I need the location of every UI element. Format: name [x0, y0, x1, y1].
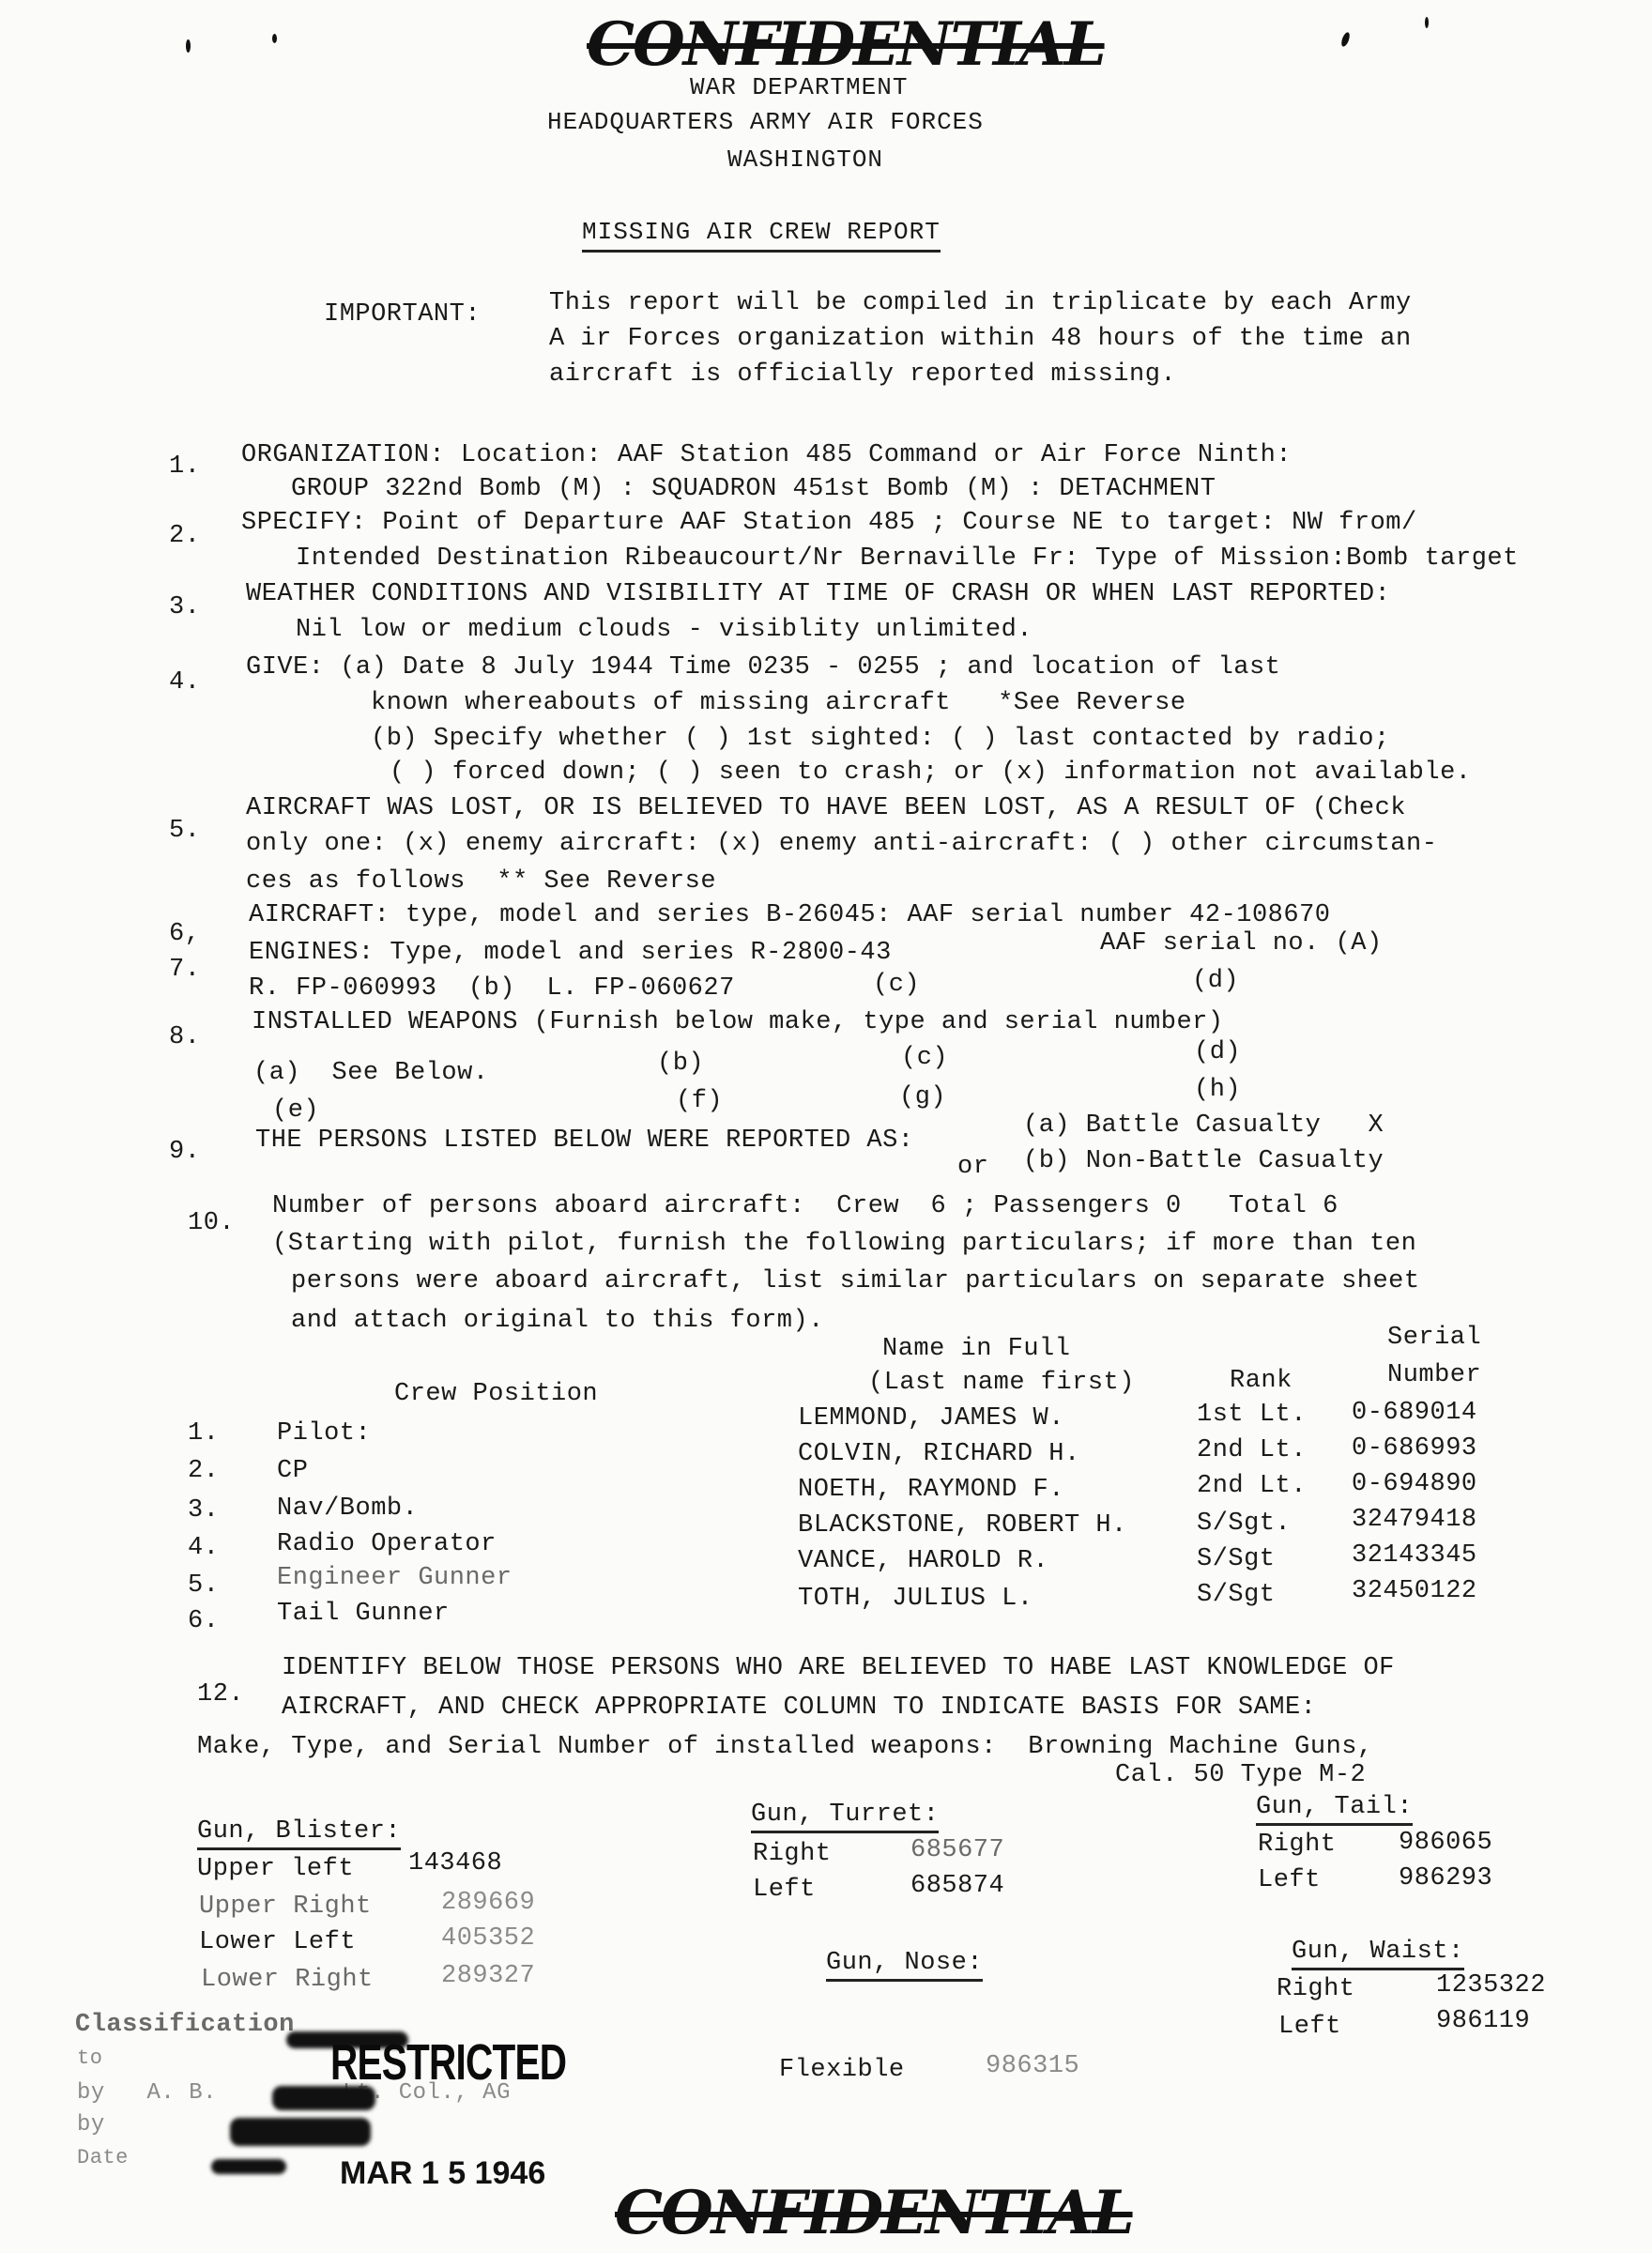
crew-rank: S/Sgt — [1197, 1581, 1276, 1609]
col-header-serial: Serial — [1387, 1324, 1481, 1352]
destination-line: Intended Destination Ribeaucourt/Nr Bern… — [296, 544, 1519, 573]
weapon-d: (d) — [1194, 1038, 1241, 1066]
gun-serial: 405352 — [441, 1924, 535, 1953]
engine-c: (c) — [873, 971, 920, 999]
crew-num: 6. — [188, 1607, 219, 1635]
gun-label: Left — [1258, 1866, 1321, 1894]
confidential-stamp-top: CONFIDENTIAL — [587, 9, 1105, 80]
crew-serial: 32143345 — [1352, 1541, 1477, 1570]
see-reverse-note: ces as follows ** See Reverse — [246, 867, 716, 896]
identify-line-2: AIRCRAFT, AND CHECK APPROPRIATE COLUMN T… — [282, 1694, 1316, 1722]
crew-serial: 32450122 — [1352, 1577, 1477, 1605]
weapon-f: (f) — [676, 1087, 723, 1115]
scan-speck — [1425, 17, 1429, 28]
gun-label: Right — [1258, 1831, 1337, 1859]
classification-date: Date — [77, 2146, 129, 2169]
aircraft-lost-line: AIRCRAFT WAS LOST, OR IS BELIEVED TO HAV… — [246, 794, 1406, 822]
weapon-b: (b) — [657, 1050, 704, 1078]
persons-aboard: Number of persons aboard aircraft: Crew … — [272, 1192, 1338, 1220]
crew-position: Radio Operator — [277, 1530, 497, 1558]
header-hq-aaf: HEADQUARTERS ARMY AIR FORCES — [547, 108, 984, 136]
crew-position: Pilot: — [277, 1419, 371, 1448]
col-header-name-note: (Last name first) — [868, 1369, 1135, 1397]
scan-speck — [186, 39, 191, 53]
weather-heading: WEATHER CONDITIONS AND VISIBILITY AT TIM… — [246, 580, 1390, 608]
crew-serial: 32479418 — [1352, 1506, 1477, 1534]
departure-line: SPECIFY: Point of Departure AAF Station … — [241, 509, 1417, 537]
weapon-c: (c) — [901, 1044, 948, 1072]
engine-d: (d) — [1192, 967, 1239, 995]
engines-serial-label: AAF serial no. (A) — [1100, 929, 1383, 958]
engine-serials: R. FP-060993 (b) L. FP-060627 — [249, 974, 735, 1003]
gun-serial: 986119 — [1436, 2007, 1530, 2035]
col-header-name: Name in Full — [882, 1335, 1070, 1363]
weapon-e: (e) — [272, 1096, 319, 1125]
section-number: 1. — [169, 452, 200, 481]
confidential-stamp-bottom: CONFIDENTIAL — [615, 2178, 1133, 2248]
important-line: aircraft is officially reported missing. — [549, 360, 1176, 389]
gun-label: Lower Left — [199, 1928, 356, 1956]
crew-name: COLVIN, RICHARD H. — [798, 1440, 1080, 1468]
persons-reported-as: THE PERSONS LISTED BELOW WERE REPORTED A… — [255, 1126, 914, 1155]
instructions-line: and attach original to this form). — [291, 1307, 824, 1335]
crew-name: TOTH, JULIUS L. — [798, 1585, 1033, 1613]
crew-name: NOETH, RAYMOND F. — [798, 1476, 1064, 1504]
scan-speck — [1339, 31, 1351, 47]
gun-label: Right — [1277, 1975, 1355, 2003]
crew-rank: S/Sgt — [1197, 1545, 1276, 1573]
gun-serial: 1235322 — [1436, 1971, 1546, 2000]
identify-line: IDENTIFY BELOW THOSE PERSONS WHO ARE BEL… — [282, 1654, 1395, 1682]
crew-rank: 1st Lt. — [1197, 1401, 1307, 1429]
crew-name: LEMMOND, JAMES W. — [798, 1404, 1064, 1433]
gun-label: Left — [1278, 2013, 1341, 2041]
gun-label: Upper left — [197, 1855, 354, 1883]
section-number: 8. — [169, 1023, 200, 1051]
crew-num: 5. — [188, 1571, 219, 1600]
gun-serial: 685677 — [910, 1836, 1004, 1864]
instructions-line: (Starting with pilot, furnish the follow… — [272, 1230, 1416, 1258]
battle-casualty: (a) Battle Casualty X — [1023, 1111, 1384, 1140]
classification-by-2: by — [77, 2112, 105, 2138]
engines-type: ENGINES: Type, model and series R-2800-4… — [249, 939, 892, 967]
section-number: 9. — [169, 1138, 200, 1166]
aircraft-type-serial: AIRCRAFT: type, model and series B-26045… — [249, 901, 1330, 929]
header-washington: WASHINGTON — [727, 146, 883, 174]
gun-serial: 986065 — [1399, 1829, 1492, 1857]
known-whereabouts: known whereabouts of missing aircraft *S… — [371, 689, 1186, 717]
section-number: 10. — [188, 1209, 235, 1237]
crew-position: Nav/Bomb. — [277, 1494, 418, 1523]
gun-turret-title: Gun, Turret: — [751, 1801, 939, 1833]
redaction-mark — [230, 2118, 371, 2146]
organization-line: ORGANIZATION: Location: AAF Station 485 … — [241, 441, 1292, 469]
crew-name: VANCE, HAROLD R. — [798, 1547, 1048, 1575]
header-war-department: WAR DEPARTMENT — [690, 73, 908, 101]
gun-waist-title: Gun, Waist: — [1292, 1938, 1464, 1970]
crew-num: 3. — [188, 1496, 219, 1525]
crew-rank: 2nd Lt. — [1197, 1436, 1307, 1464]
forced-down-line: ( ) forced down; ( ) seen to crash; or (… — [390, 759, 1471, 787]
weapons-caliber: Cal. 50 Type M-2 — [1115, 1761, 1366, 1789]
classification-to: to — [77, 2046, 102, 2070]
important-label: IMPORTANT: — [324, 300, 481, 329]
cause-options: only one: (x) enemy aircraft: (x) enemy … — [246, 830, 1437, 858]
crew-position: Engineer Gunner — [277, 1564, 512, 1592]
weapon-g: (g) — [899, 1083, 946, 1111]
gun-tail-title: Gun, Tail: — [1256, 1793, 1413, 1826]
crew-serial: 0-686993 — [1352, 1434, 1477, 1463]
gun-label: Flexible — [779, 2056, 905, 2084]
crew-serial: 0-689014 — [1352, 1399, 1477, 1427]
non-battle-casualty: (b) Non-Battle Casualty — [1023, 1147, 1384, 1175]
col-header-serial-number: Number — [1387, 1361, 1481, 1389]
crew-num: 1. — [188, 1419, 219, 1448]
classification-label: Classification — [75, 2011, 295, 2039]
section-number: 4. — [169, 668, 200, 697]
declassification-date-stamp: MAR 1 5 1946 — [340, 2155, 545, 2192]
crew-num: 2. — [188, 1457, 219, 1485]
group-squadron-line: GROUP 322nd Bomb (M) : SQUADRON 451st Bo… — [291, 475, 1216, 503]
weapon-h: (h) — [1194, 1076, 1241, 1104]
gun-label: Upper Right — [199, 1893, 372, 1921]
gun-serial: 685874 — [910, 1872, 1004, 1900]
gun-serial: 289327 — [441, 1962, 535, 1990]
gun-nose-title: Gun, Nose: — [826, 1949, 983, 1982]
section-number: 3. — [169, 593, 200, 621]
gun-blister-title: Gun, Blister: — [197, 1817, 401, 1850]
gun-label: Right — [753, 1840, 832, 1868]
crew-position: CP — [277, 1457, 308, 1485]
col-header-position: Crew Position — [394, 1380, 598, 1408]
weather-value: Nil low or medium clouds - visiblity unl… — [296, 616, 1032, 644]
section-number: 7. — [169, 956, 200, 984]
redaction-mark — [211, 2159, 286, 2174]
weapons-make-line: Make, Type, and Serial Number of install… — [197, 1733, 1373, 1761]
report-title: MISSING AIR CREW REPORT — [582, 218, 941, 253]
important-line: This report will be compiled in triplica… — [549, 289, 1412, 317]
section-number: 12. — [197, 1680, 244, 1709]
section-number: 6, — [169, 920, 200, 948]
important-line: A ir Forces organization within 48 hours… — [549, 325, 1412, 353]
crew-rank: S/Sgt. — [1197, 1510, 1291, 1538]
installed-weapons-heading: INSTALLED WEAPONS (Furnish below make, t… — [252, 1008, 1224, 1036]
gun-serial: 986293 — [1399, 1864, 1492, 1893]
gun-serial: 986315 — [986, 2052, 1079, 2080]
gun-label: Lower Right — [201, 1966, 374, 1994]
specify-whether: (b) Specify whether ( ) 1st sighted: ( )… — [371, 725, 1390, 753]
crew-serial: 0-694890 — [1352, 1470, 1477, 1498]
or-label: or — [957, 1153, 988, 1181]
crew-position: Tail Gunner — [277, 1600, 450, 1628]
instructions-line: persons were aboard aircraft, list simil… — [291, 1267, 1420, 1295]
gun-label: Left — [753, 1876, 816, 1904]
crew-rank: 2nd Lt. — [1197, 1472, 1307, 1500]
crew-num: 4. — [188, 1534, 219, 1562]
crew-name: BLACKSTONE, ROBERT H. — [798, 1511, 1127, 1540]
restricted-stamp: RESTRICTED — [330, 2033, 566, 2092]
section-number: 5. — [169, 817, 200, 845]
section-number: 2. — [169, 522, 200, 550]
gun-serial: 143468 — [408, 1849, 502, 1877]
scan-speck — [272, 34, 277, 43]
col-header-rank: Rank — [1230, 1367, 1293, 1395]
weapon-a: (a) See Below. — [253, 1059, 489, 1087]
gun-serial: 289669 — [441, 1889, 535, 1917]
give-date-time: GIVE: (a) Date 8 July 1944 Time 0235 - 0… — [246, 653, 1280, 682]
